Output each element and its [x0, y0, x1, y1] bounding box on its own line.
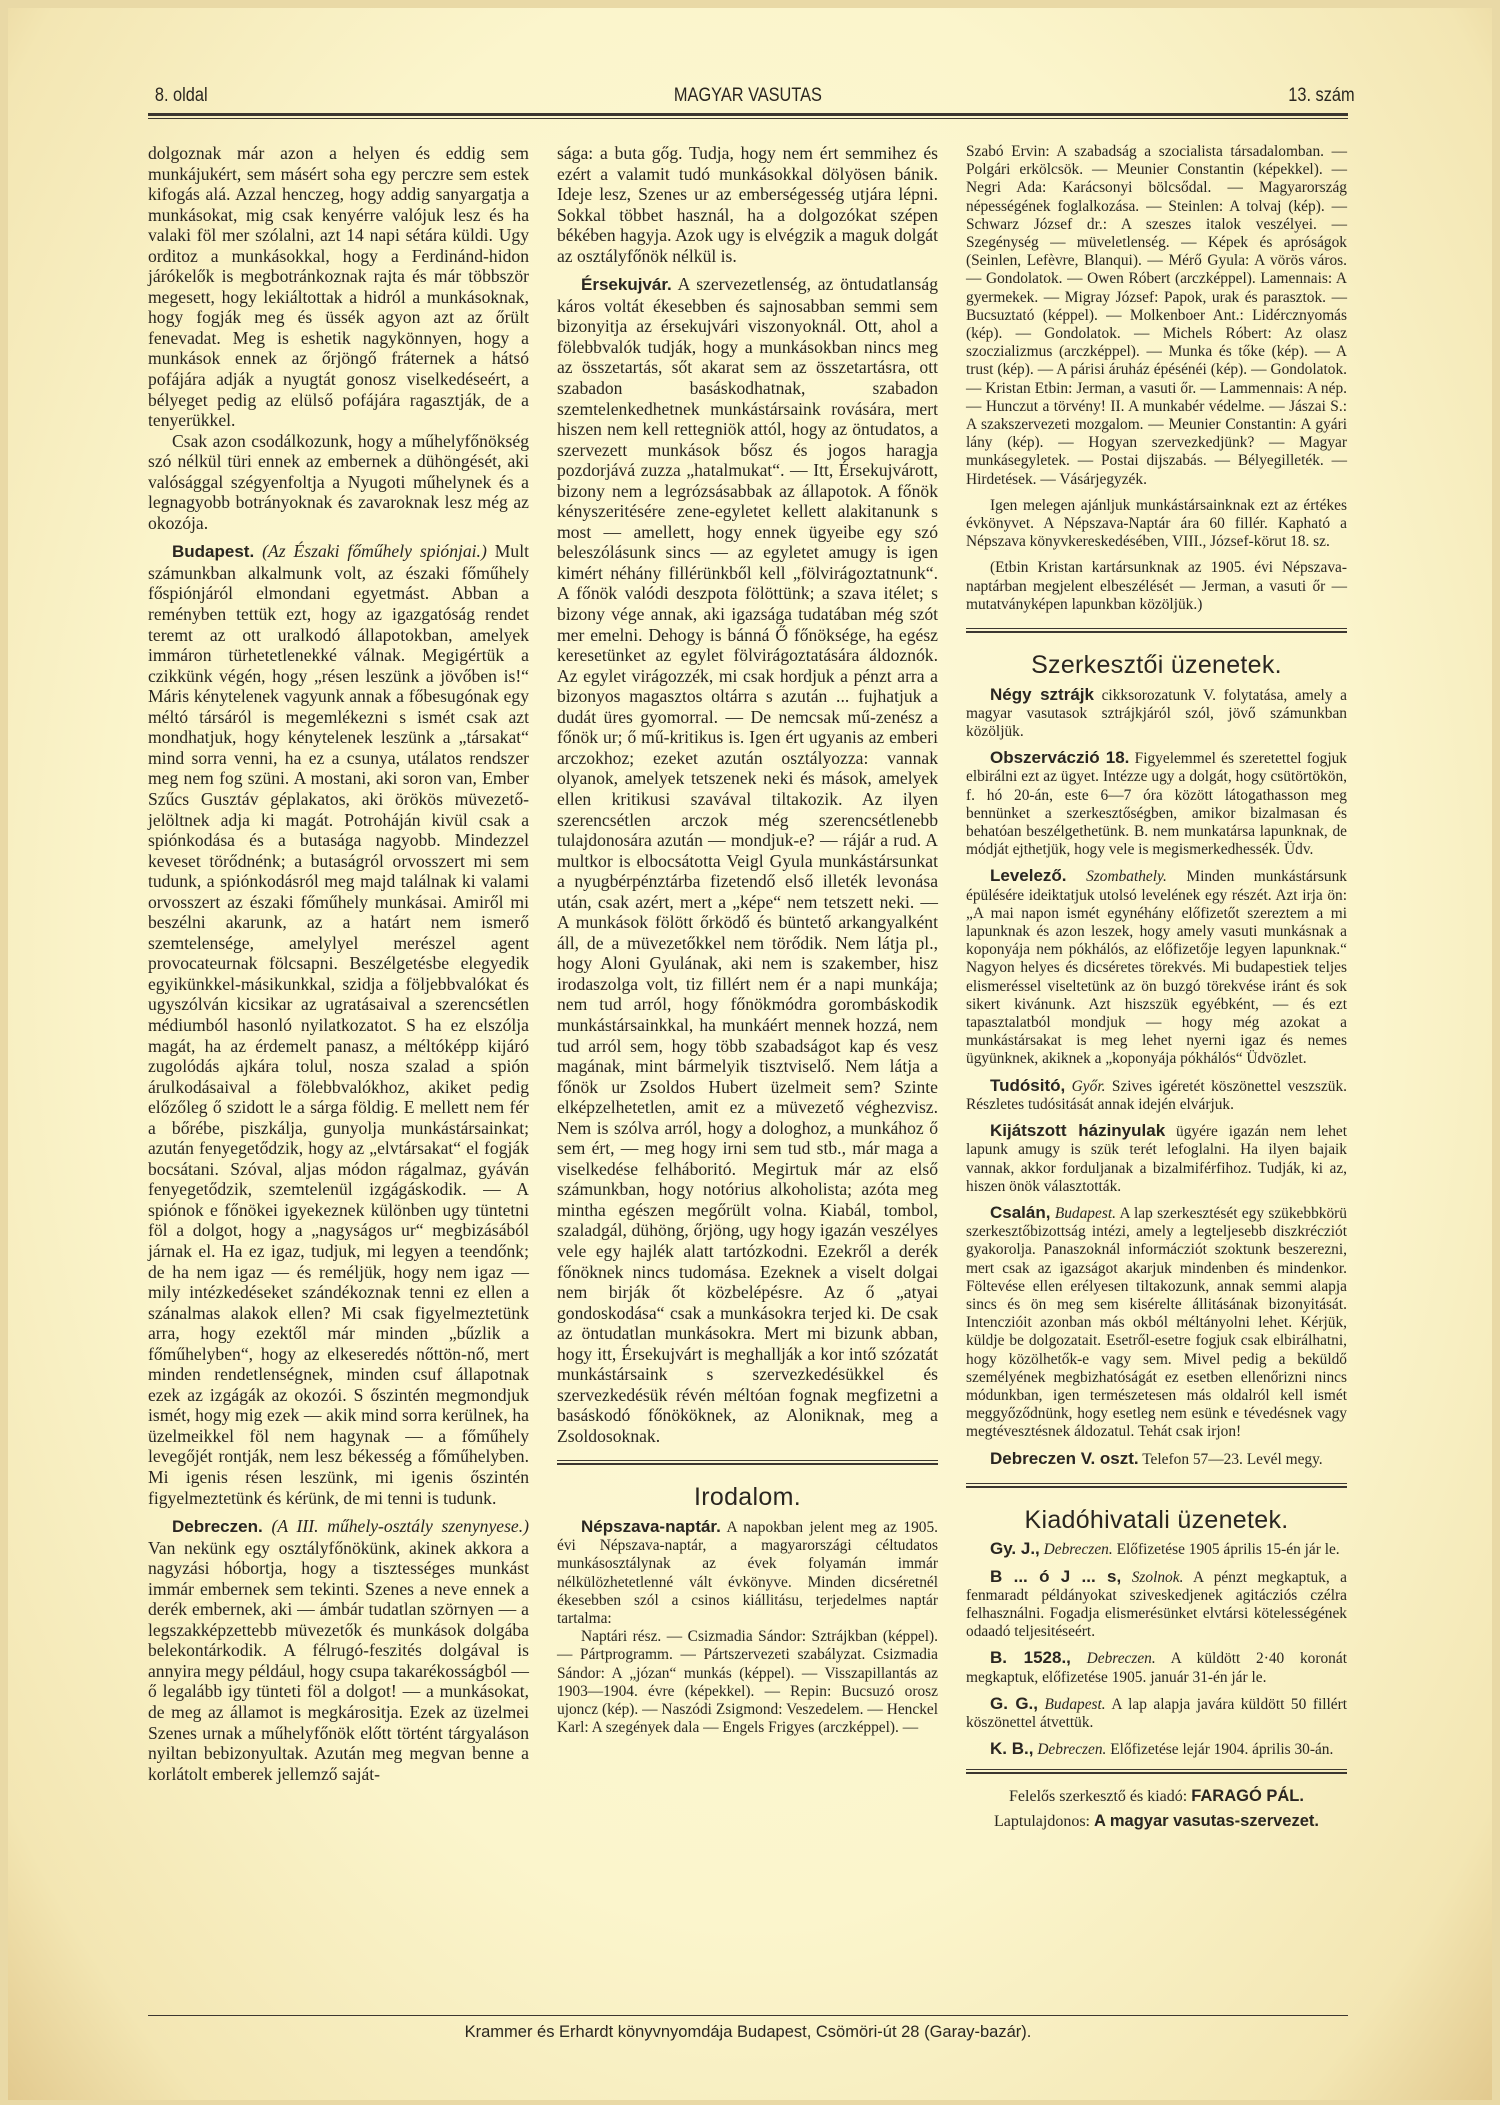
- article-paragraph: B ... ó J ... s, Szolnok. A pénzt megkap…: [966, 1568, 1347, 1642]
- paragraph-place: Budapest.: [1045, 1696, 1106, 1713]
- paragraph-place: Debreczen.: [1044, 1541, 1113, 1558]
- header-rule: [148, 113, 1348, 119]
- article-paragraph: Debreczen V. oszt. Telefon 57—23. Levél …: [966, 1450, 1347, 1469]
- paragraph-text: Van nekünk egy osztályfőnökünk, akinek a…: [148, 1538, 529, 1784]
- article-paragraph: Csak azon csodálkozunk, hogy a műhelyfőn…: [148, 431, 529, 534]
- literature-lead: Népszava-naptár.: [581, 1517, 721, 1536]
- column-middle: sága: a buta gőg. Tudja, hogy nem ért se…: [557, 143, 938, 1834]
- article-paragraph: B. 1528., Debreczen. A küldött 2·40 koro…: [966, 1649, 1347, 1686]
- owner-name: A magyar vasutas-szervezet.: [1094, 1812, 1319, 1830]
- publisher-messages: Gy. J., Debreczen. Előfizetése 1905 ápri…: [966, 1540, 1347, 1759]
- literature-section: Népszava-naptár. A napokban jelent meg a…: [557, 1518, 938, 1737]
- paragraph-text: sága: a buta gőg. Tudja, hogy nem ért se…: [557, 143, 938, 266]
- paragraph-lead: Debreczen V. oszt.: [990, 1449, 1139, 1468]
- editor-note: (Etbin Kristan kartársunknak az 1905. év…: [966, 559, 1347, 614]
- column-left: dolgoznak már azon a helyen és eddig sem…: [148, 143, 529, 1834]
- article-paragraph: Érsekujvár. A szervezetlenség, az öntuda…: [557, 274, 938, 1446]
- literature-intro: Népszava-naptár. A napokban jelent meg a…: [557, 1518, 938, 1628]
- columns: dolgoznak már azon a helyen és eddig sem…: [148, 143, 1348, 1834]
- paragraph-subtitle: (Az Északi főműhely spiónjai.): [262, 541, 487, 561]
- paragraph-lead: K. B.,: [990, 1739, 1033, 1758]
- section-divider: [966, 1769, 1347, 1774]
- contents-continued: Szabó Ervin: A szabadság a szocialista t…: [966, 143, 1347, 489]
- page-number: 8. oldal: [155, 85, 208, 107]
- imprint-rule: [148, 2015, 1348, 2016]
- literature-heading: Irodalom.: [557, 1487, 938, 1508]
- paragraph-place: Debreczen.: [1087, 1650, 1156, 1667]
- article-paragraph: Gy. J., Debreczen. Előfizetése 1905 ápri…: [966, 1540, 1347, 1559]
- paragraph-place: Debreczen.: [1037, 1741, 1106, 1758]
- article-paragraph: Csalán, Budapest. A lap szerkesztését eg…: [966, 1204, 1347, 1442]
- paragraph-lead: Tudósitó,: [990, 1076, 1065, 1095]
- editorial-messages: Négy sztrájk cikksorozatunk V. folytatás…: [966, 686, 1347, 1469]
- article-paragraph: Tudósitó, Győr. Szives igéretét köszönet…: [966, 1077, 1347, 1114]
- article-paragraph: Kijátszott házinyulak ügyére igazán nem …: [966, 1122, 1347, 1196]
- paragraph-text: Telefon 57—23. Levél megy.: [1142, 1451, 1322, 1468]
- paragraph-lead: Érsekujvár.: [581, 275, 672, 294]
- paragraph-text: Csak azon csodálkozunk, hogy a műhelyfőn…: [148, 431, 529, 533]
- paragraph-place: Győr.: [1072, 1078, 1106, 1095]
- issue-number: 13. szám: [1288, 85, 1354, 107]
- paragraph-text: Előfizetése lejár 1904. április 30-án.: [1110, 1741, 1333, 1758]
- paragraph-lead: Debreczen.: [172, 1517, 263, 1536]
- editor-label: Felelős szerkesztő és kiadó:: [1009, 1788, 1187, 1805]
- paragraph-lead: Gy. J.,: [990, 1539, 1040, 1558]
- credits: Felelős szerkesztő és kiadó: FARAGÓ PÁL.…: [966, 1784, 1347, 1834]
- page-content: 8. oldal MAGYAR VASUTAS 13. szám dolgozn…: [148, 85, 1348, 1834]
- article-paragraph: Obszerváczió 18. Figyelemmel és szeretet…: [966, 749, 1347, 859]
- paragraph-subtitle: (A III. műhely-osztály szenynyese.): [271, 1516, 529, 1536]
- middle-articles: sága: a buta gőg. Tudja, hogy nem ért se…: [557, 143, 938, 1446]
- paragraph-lead: Négy sztrájk: [990, 685, 1094, 704]
- article-paragraph: sága: a buta gőg. Tudja, hogy nem ért se…: [557, 143, 938, 266]
- paragraph-lead: G. G.,: [990, 1694, 1038, 1713]
- publisher-heading: Kiadóhivatali üzenetek.: [966, 1510, 1347, 1531]
- owner-label: Laptulajdonos:: [994, 1813, 1090, 1830]
- paragraph-lead: B. 1528.,: [990, 1648, 1071, 1667]
- article-paragraph: Levelező. Szombathely. Minden munkástárs…: [966, 867, 1347, 1068]
- paragraph-text: Minden munkástársunk épülésére ideiktatj…: [966, 868, 1347, 1067]
- paragraph-place: Szolnok.: [1132, 1569, 1184, 1586]
- editor-credit: Felelős szerkesztő és kiadó: FARAGÓ PÁL.: [966, 1784, 1347, 1809]
- paragraph-place: Szombathely.: [1086, 868, 1167, 885]
- paragraph-lead: Budapest.: [172, 542, 254, 561]
- calendar-contents: Szabó Ervin: A szabadság a szocialista t…: [966, 143, 1347, 614]
- paragraph-place: Budapest.: [1055, 1205, 1116, 1222]
- masthead-title: MAGYAR VASUTAS: [674, 85, 822, 107]
- printer-imprint: Krammer és Erhardt könyvnyomdája Budapes…: [148, 2023, 1348, 2042]
- article-paragraph: Debreczen. (A III. műhely-osztály szenyn…: [148, 1516, 529, 1784]
- paragraph-text: Előfizetése 1905 április 15-én jár le.: [1117, 1541, 1340, 1558]
- paragraph-text: A szervezetlenség, az öntudatlanság káro…: [557, 274, 938, 1446]
- recommendation: Igen melegen ajánljuk munkástársainknak …: [966, 497, 1347, 552]
- section-divider: [966, 628, 1347, 633]
- article-paragraph: G. G., Budapest. A lap alapja javára kül…: [966, 1695, 1347, 1732]
- column-right: Szabó Ervin: A szabadság a szocialista t…: [966, 143, 1347, 1834]
- paragraph-lead: B ... ó J ... s,: [990, 1567, 1121, 1586]
- article-paragraph: Budapest. (Az Északi főműhely spiónjai.)…: [148, 541, 529, 1508]
- paragraph-text: A lap szerkesztését egy szükebbkörü szer…: [966, 1205, 1347, 1440]
- paragraph-lead: Levelező.: [990, 866, 1067, 885]
- paragraph-lead: Csalán,: [990, 1203, 1050, 1222]
- editor-name: FARAGÓ PÁL.: [1191, 1787, 1304, 1805]
- literature-contents: Naptári rész. — Csizmadia Sándor: Sztráj…: [557, 1628, 938, 1737]
- page-header: 8. oldal MAGYAR VASUTAS 13. szám: [148, 85, 1361, 111]
- editorial-heading: Szerkesztői üzenetek.: [966, 655, 1347, 676]
- paragraph-lead: Kijátszott házinyulak: [990, 1121, 1165, 1140]
- owner-credit: Laptulajdonos: A magyar vasutas-szerveze…: [966, 1809, 1347, 1834]
- paragraph-lead: Obszerváczió 18.: [990, 748, 1129, 767]
- paragraph-text: Mult számunkban alkalmunk volt, az észak…: [148, 541, 529, 1507]
- paragraph-text: dolgoznak már azon a helyen és eddig sem…: [148, 143, 529, 430]
- article-paragraph: K. B., Debreczen. Előfizetése lejár 1904…: [966, 1740, 1347, 1759]
- article-paragraph: dolgoznak már azon a helyen és eddig sem…: [148, 143, 529, 431]
- section-divider: [966, 1483, 1347, 1488]
- article-paragraph: Négy sztrájk cikksorozatunk V. folytatás…: [966, 686, 1347, 742]
- section-divider: [557, 1460, 938, 1465]
